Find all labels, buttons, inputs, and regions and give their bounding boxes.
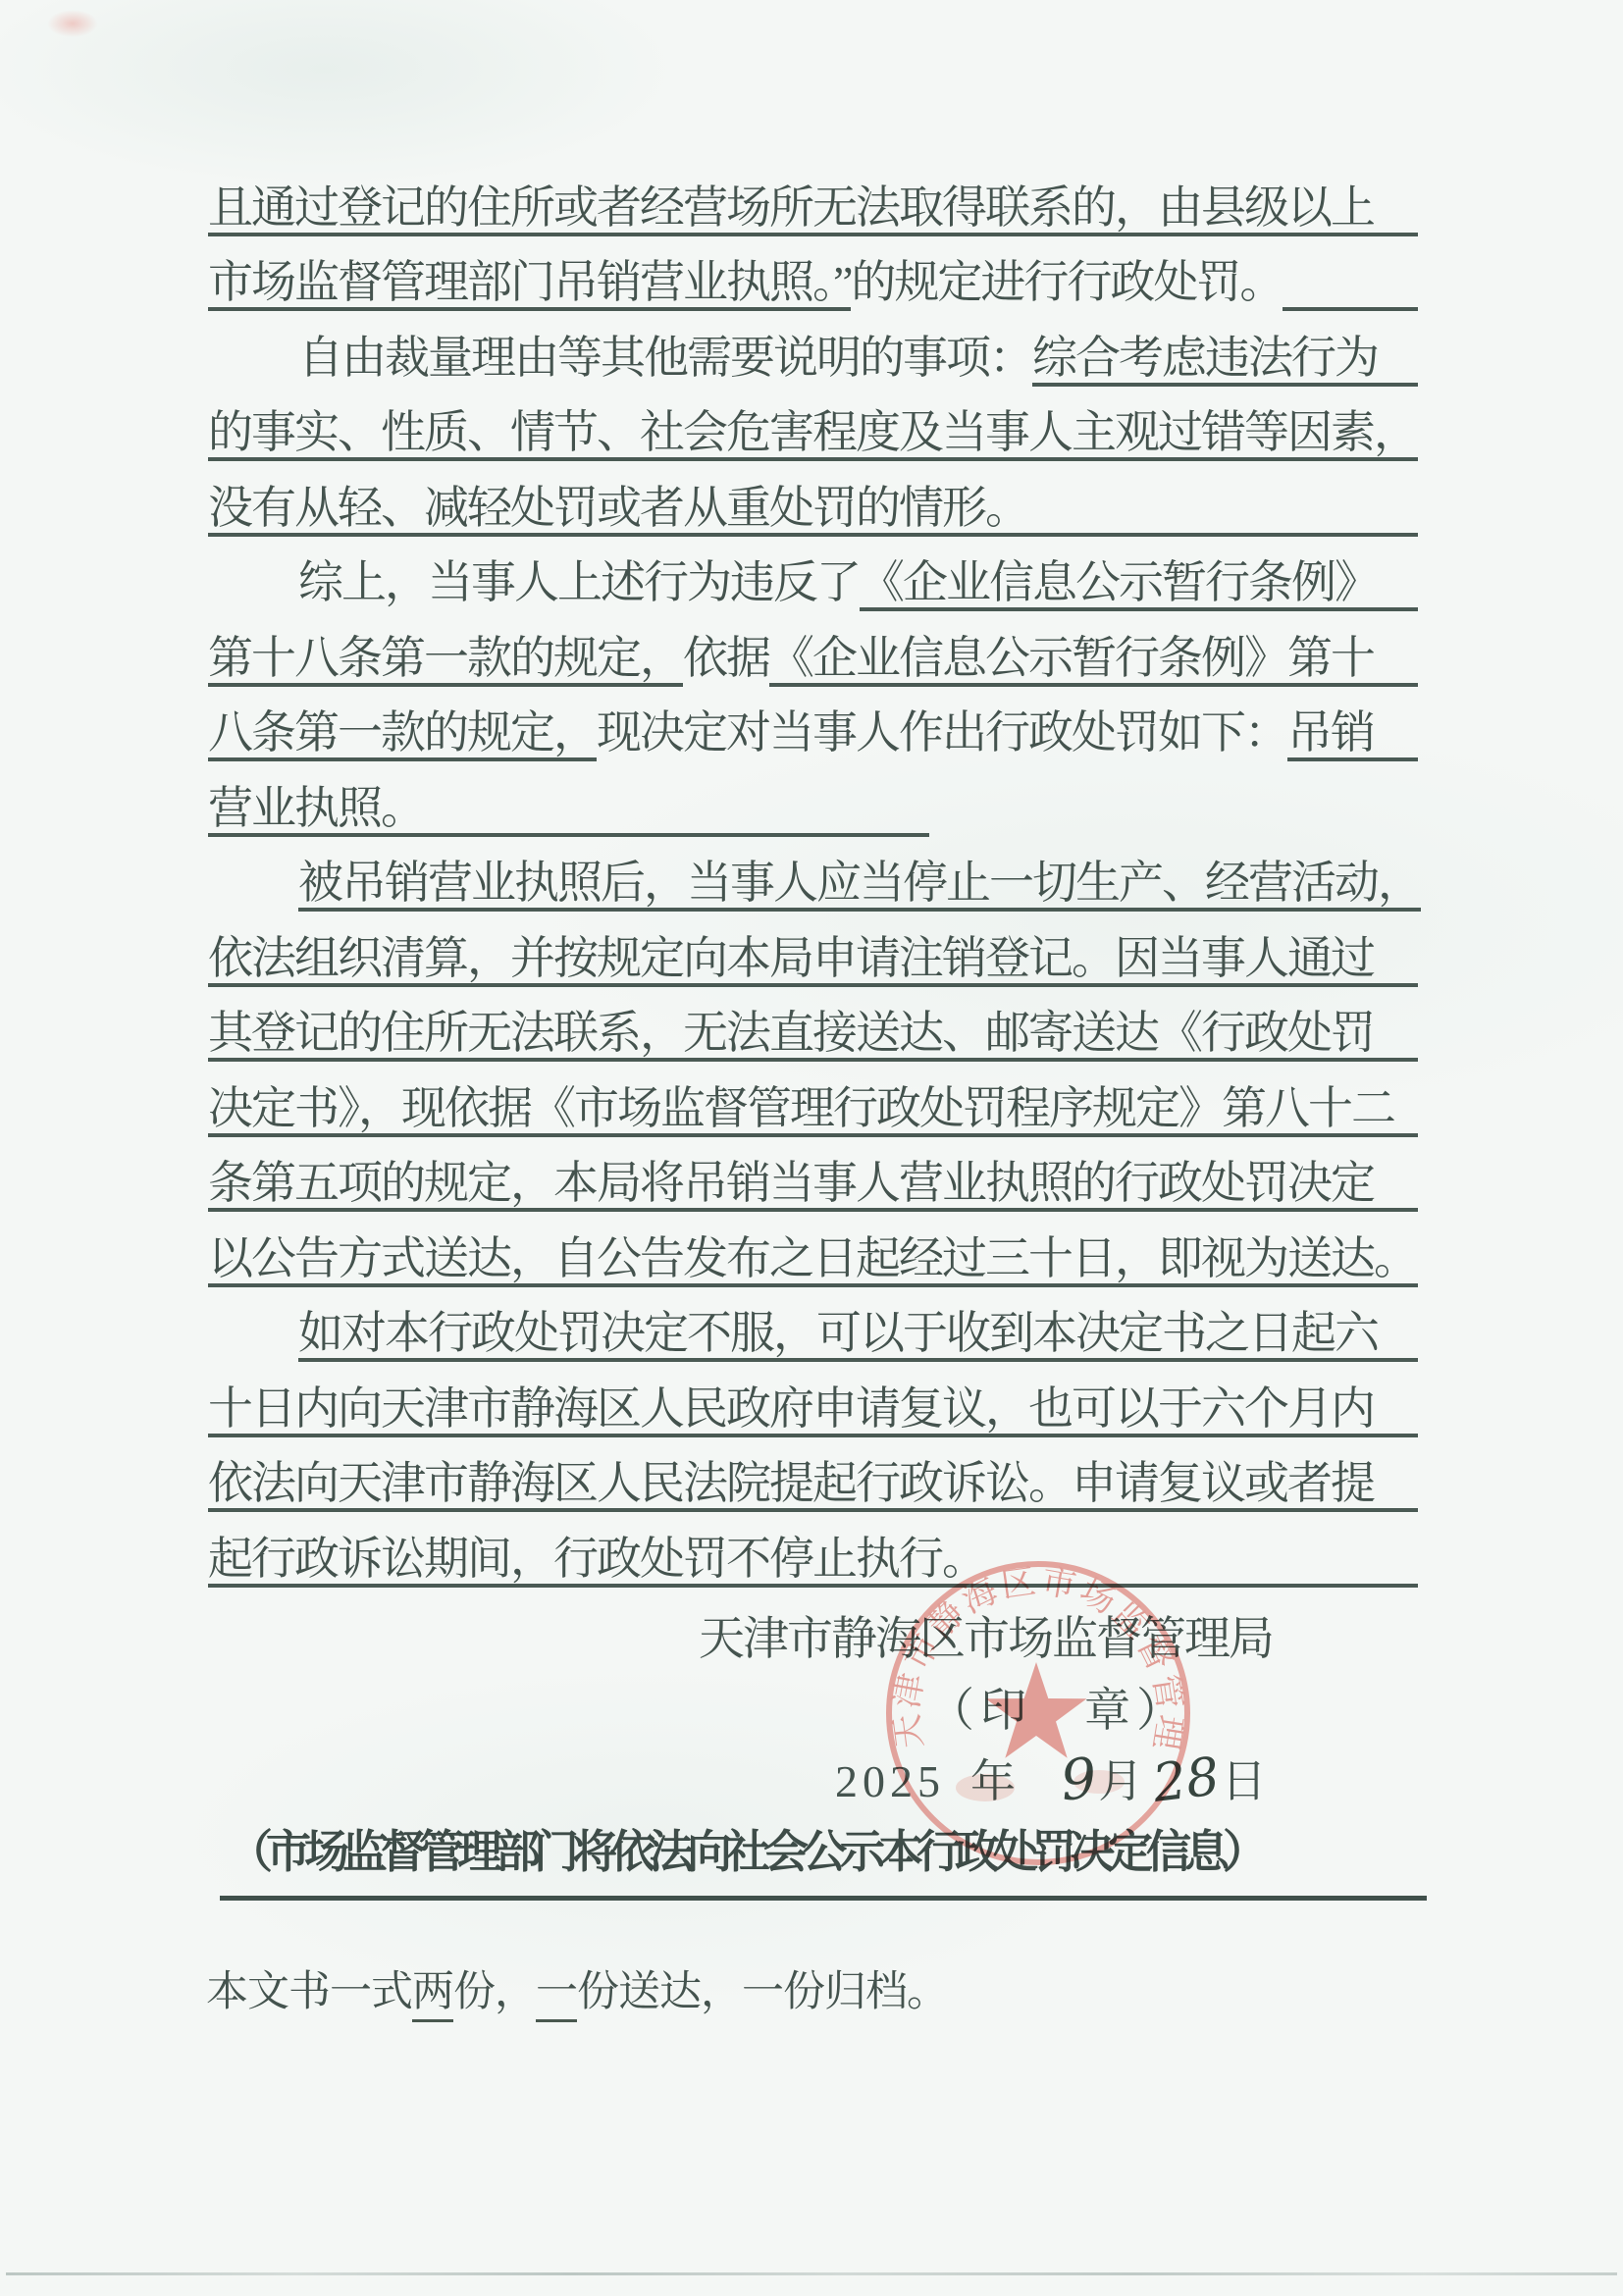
- body-line: 且通过登记的住所或者经营场所无法取得联系的，由县级以上: [208, 173, 1418, 248]
- blank-fill-line: [1374, 173, 1418, 236]
- blank-fill-line: [1378, 1299, 1418, 1363]
- text-segment: 第十八条第一款的规定，: [208, 623, 683, 687]
- seal-star-icon: [986, 1662, 1087, 1758]
- text-segment: 决定书》，现依据《市场监督管理行政处罚程序规定》第八十二: [208, 1073, 1394, 1137]
- body-line: 综上，当事人上述行为违反了《企业信息公示暂行条例》: [208, 548, 1418, 624]
- blank-fill-line: [1374, 699, 1418, 762]
- text-segment: 依法向天津市静海区人民法院提起行政诉讼。申请复议或者提: [208, 1449, 1374, 1513]
- text-segment: 现决定对当事人作出行政处罚如下：: [597, 699, 1287, 762]
- body-line: 自由裁量理由等其他需要说明的事项：综合考虑违法行为: [208, 323, 1418, 398]
- blank-fill-line: [1417, 398, 1418, 462]
- body-line: 条第五项的规定，本局将吊销当事人营业执照的行政处罚决定: [208, 1149, 1418, 1225]
- line-indent: [208, 1299, 298, 1363]
- blank-fill-line: [1394, 1073, 1418, 1137]
- blank-fill-line: [1378, 548, 1418, 612]
- text-segment: 综上，当事人上述行为违反了: [298, 548, 860, 612]
- text-segment: 依据: [683, 623, 769, 687]
- body-line: 以公告方式送达，自公告发布之日起经过三十日，即视为送达。: [208, 1224, 1418, 1299]
- body-line: 十日内向天津市静海区人民政府申请复议，也可以于六个月内: [208, 1374, 1418, 1449]
- scan-artifact-speck: [47, 10, 98, 37]
- blank-fill-line: [1374, 999, 1418, 1063]
- body-line: 的事实、性质、情节、社会危害程度及当事人主观过错等因素，: [208, 398, 1418, 474]
- line-indent: [208, 849, 298, 913]
- blank-fill-line: [1374, 1149, 1418, 1213]
- body-line: 依法向天津市静海区人民法院提起行政诉讼。申请复议或者提: [208, 1449, 1418, 1525]
- body-line: 决定书》，现依据《市场监督管理行政处罚程序规定》第八十二: [208, 1073, 1418, 1149]
- body-line: 八条第一款的规定，现决定对当事人作出行政处罚如下：吊销: [208, 699, 1418, 774]
- blank-fill-line: [424, 773, 929, 837]
- line-indent: [208, 323, 298, 387]
- blank-fill-line: [1417, 1224, 1418, 1287]
- text-segment: 吊销: [1287, 699, 1374, 762]
- text-segment: 八条第一款的规定，: [208, 699, 597, 762]
- text-segment: 其登记的住所无法联系，无法直接送达、邮寄送达《行政处罚: [208, 999, 1374, 1063]
- text-segment: 依法组织清算，并按规定向本局申请注销登记。因当事人通过: [208, 923, 1374, 987]
- text-segment: 市场监督管理部门吊销营业执照。”: [208, 248, 851, 312]
- body-line: 起行政诉讼期间，行政处罚不停止执行。: [208, 1524, 1418, 1599]
- text-segment: 《企业信息公示暂行条例》: [860, 548, 1378, 612]
- text-segment: 没有从轻、减轻处罚或者从重处罚的情形。: [208, 473, 1028, 537]
- text-segment: 被吊销营业执照后，当事人应当停止一切生产、经营活动，: [298, 849, 1421, 913]
- body-line: 没有从轻、减轻处罚或者从重处罚的情形。: [208, 473, 1418, 548]
- body-line: 如对本行政处罚决定不服，可以于收到本决定书之日起六: [208, 1299, 1418, 1375]
- text-segment: 条第五项的规定，本局将吊销当事人营业执照的行政处罚决定: [208, 1149, 1374, 1213]
- document-body: 且通过登记的住所或者经营场所无法取得联系的，由县级以上市场监督管理部门吊销营业执…: [208, 173, 1418, 1599]
- text-segment: 的规定进行行政处罚。: [851, 248, 1283, 312]
- footer-serve-filled: 一: [536, 1969, 577, 2022]
- blank-fill-line: [1378, 323, 1418, 387]
- footer-tail: 份送达，一份归档。: [577, 1969, 948, 2015]
- line-indent: [208, 548, 298, 612]
- blank-fill-line: [1374, 1374, 1418, 1437]
- body-line: 被吊销营业执照后，当事人应当停止一切生产、经营活动，: [208, 849, 1418, 924]
- document-page: 且通过登记的住所或者经营场所无法取得联系的，由县级以上市场监督管理部门吊销营业执…: [0, 0, 1623, 2296]
- blank-fill-line: [1374, 623, 1418, 687]
- footer-prefix: 本文书一式: [206, 1969, 412, 2015]
- body-line: 依法组织清算，并按规定向本局申请注销登记。因当事人通过: [208, 923, 1418, 999]
- text-segment: 《企业信息公示暂行条例》第十: [769, 623, 1374, 687]
- footer-copies-filled: 两: [412, 1969, 453, 2022]
- text-segment: 且通过登记的住所或者经营场所无法取得联系的，由县级以上: [208, 173, 1374, 236]
- divider-rule: [220, 1896, 1427, 1901]
- body-line: 第十八条第一款的规定，依据《企业信息公示暂行条例》第十: [208, 623, 1418, 699]
- body-line: 市场监督管理部门吊销营业执照。”的规定进行行政处罚。: [208, 248, 1418, 324]
- blank-fill-line: [1374, 1449, 1418, 1513]
- body-line: 其登记的住所无法联系，无法直接送达、邮寄送达《行政处罚: [208, 999, 1418, 1074]
- scan-artifact-line: [6, 2272, 1617, 2275]
- blank-fill-line: [1283, 248, 1418, 312]
- footer-note: 本文书一式两份，一份送达，一份归档。: [206, 1958, 948, 2018]
- blank-fill-line: [1028, 473, 1418, 537]
- official-seal: 天津市静海区市场监督管理局: [867, 1542, 1209, 1884]
- text-segment: 以公告方式送达，自公告发布之日起经过三十日，即视为送达。: [208, 1224, 1417, 1287]
- text-segment: 如对本行政处罚决定不服，可以于收到本决定书之日起六: [298, 1299, 1378, 1363]
- text-segment: 营业执照。: [208, 773, 424, 837]
- text-segment: 十日内向天津市静海区人民政府申请复议，也可以于六个月内: [208, 1374, 1374, 1437]
- blank-fill-line: [1374, 923, 1418, 987]
- body-line: 营业执照。: [208, 773, 1418, 849]
- text-segment: 的事实、性质、情节、社会危害程度及当事人主观过错等因素，: [208, 398, 1417, 462]
- date-day-unit: 日: [1222, 1756, 1267, 1806]
- footer-mid: 份，: [453, 1969, 536, 2015]
- text-segment: 自由裁量理由等其他需要说明的事项：: [298, 323, 1032, 387]
- text-segment: 综合考虑违法行为: [1032, 323, 1378, 387]
